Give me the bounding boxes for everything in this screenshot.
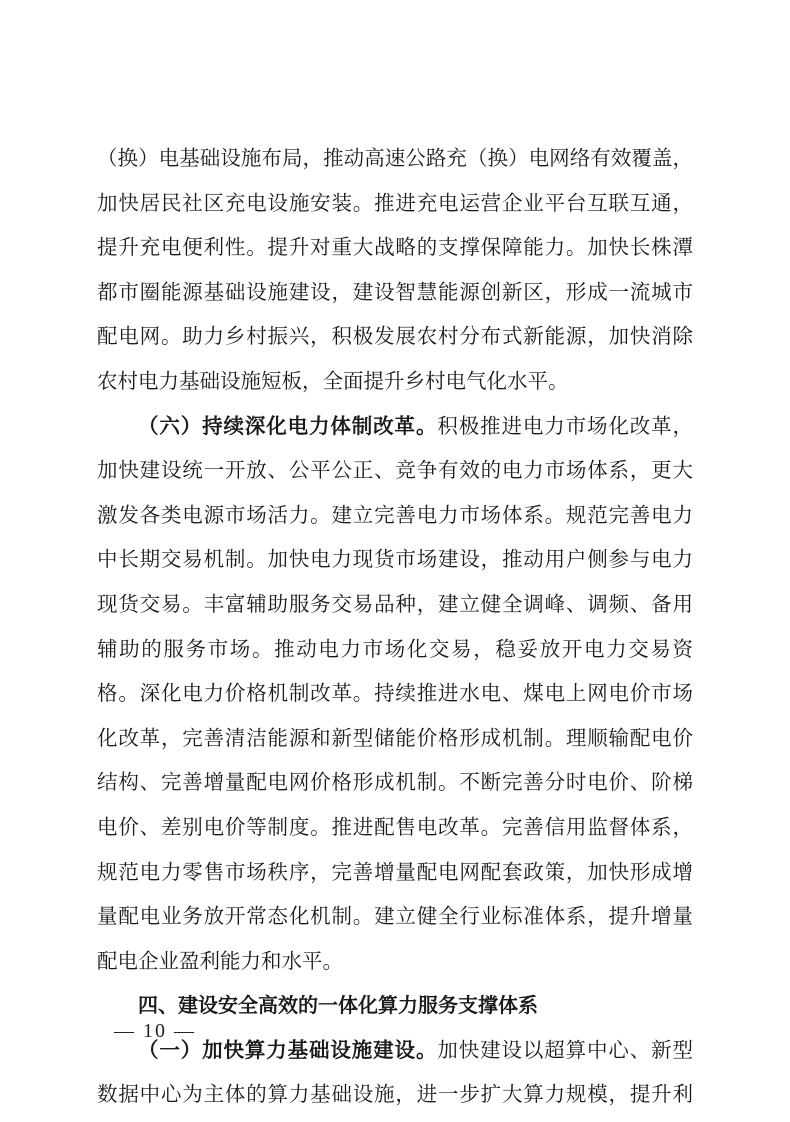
paragraph-line: 配电企业盈利能力和水平。 (97, 939, 693, 984)
paragraph-line: 规范电力零售市场秩序，完善增量配电网配套政策，加快形成增 (97, 850, 693, 895)
paragraph-line: 提升充电便利性。提升对重大战略的支撑保障能力。加快长株潭 (97, 225, 693, 270)
paragraph-line: 现货交易。丰富辅助服务交易品种，建立健全调峰、调频、备用 (97, 582, 693, 627)
subsection-line: （六）持续深化电力体制改革。积极推进电力市场化改革， (97, 404, 693, 449)
page-number: — 10 — (114, 1020, 196, 1043)
paragraph-line: 电价、差别电价等制度。推进配售电改革。完善信用监督体系， (97, 805, 693, 850)
subsection-text: 积极推进电力市场化改革， (437, 414, 693, 438)
paragraph-line: 格。深化电力价格机制改革。持续推进水电、煤电上网电价市场 (97, 671, 693, 716)
paragraph-line: 加快建设统一开放、公平公正、竞争有效的电力市场体系，更大 (97, 448, 693, 493)
paragraph-line: 加快居民社区充电设施安装。推进充电运营企业平台互联互通， (97, 181, 693, 226)
document-body: （换）电基础设施布局，推动高速公路充（换）电网络有效覆盖， 加快居民社区充电设施… (97, 136, 693, 1117)
paragraph-line: 激发各类电源市场活力。建立完善电力市场体系。规范完善电力 (97, 493, 693, 538)
paragraph-line: 中长期交易机制。加快电力现货市场建设，推动用户侧参与电力 (97, 537, 693, 582)
paragraph-line: （换）电基础设施布局，推动高速公路充（换）电网络有效覆盖， (97, 136, 693, 181)
subsection-text: 加快建设以超算中心、新型 (437, 1038, 693, 1062)
paragraph-line: 农村电力基础设施短板，全面提升乡村电气化水平。 (97, 359, 693, 404)
paragraph-line: 量配电业务放开常态化机制。建立健全行业标准体系，提升增量 (97, 894, 693, 939)
paragraph-line: 都市圈能源基础设施建设，建设智慧能源创新区，形成一流城市 (97, 270, 693, 315)
paragraph-line: 数据中心为主体的算力基础设施，进一步扩大算力规模，提升利 (97, 1072, 693, 1117)
paragraph-line: 化改革，完善清洁能源和新型储能价格形成机制。理顺输配电价 (97, 716, 693, 761)
paragraph-line: 配电网。助力乡村振兴，积极发展农村分布式新能源，加快消除 (97, 314, 693, 359)
subsection-title-6: （六）持续深化电力体制改革。 (138, 414, 437, 438)
paragraph-line: 结构、完善增量配电网价格形成机制。不断完善分时电价、阶梯 (97, 760, 693, 805)
paragraph-line: 辅助的服务市场。推动电力市场化交易，稳妥放开电力交易资 (97, 627, 693, 672)
